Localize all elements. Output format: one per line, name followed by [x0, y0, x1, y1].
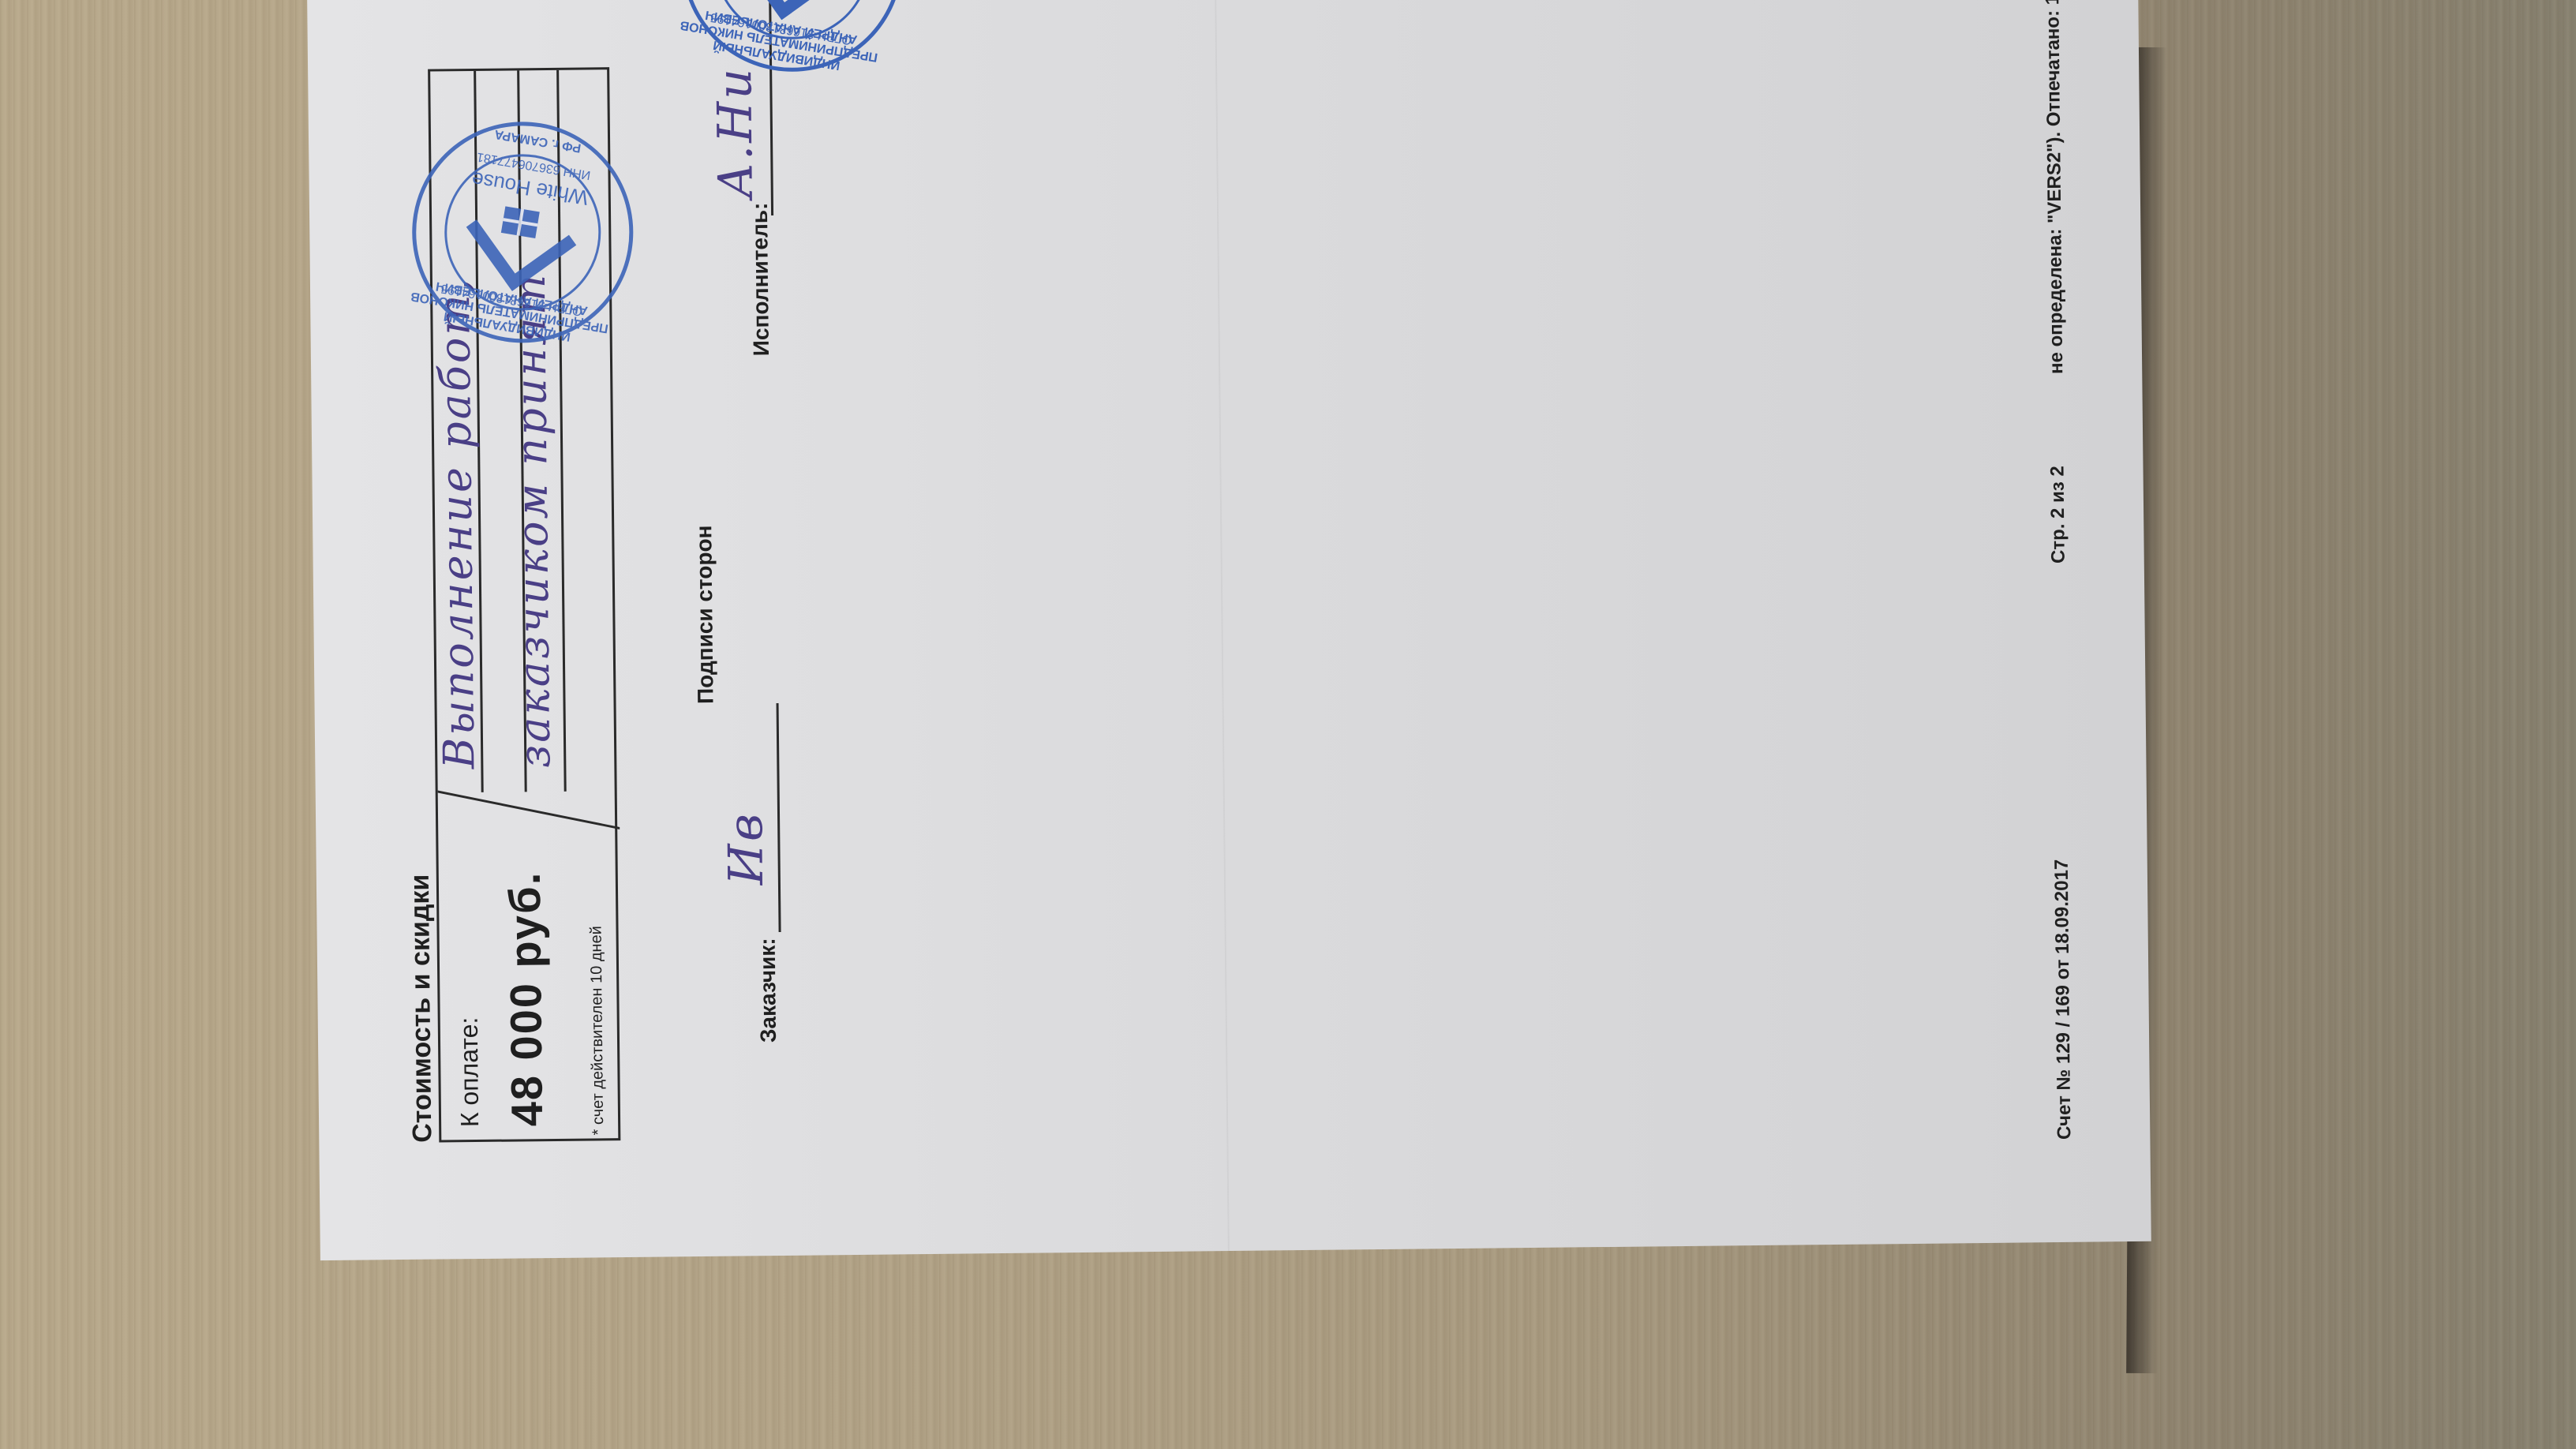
validity-note: * счет действителен 10 дней	[587, 926, 608, 1135]
footer-print-info: не определена: "VERS2"). Отпечатано: 19.…	[2041, 0, 2068, 374]
executor-signature: А.Ни	[707, 66, 764, 199]
invoice-page: Стоимость и скидки К оплате: 48 000 руб.…	[306, 0, 2151, 1260]
payment-amount: 48 000 руб.	[499, 871, 552, 1126]
company-stamp: ИНДИВИДУАЛЬНЫЙ ПРЕДПРИНИМАТЕЛЬ НИКОНОВ А…	[665, 0, 919, 88]
footer-page-info: Стр. 2 из 2	[2046, 466, 2069, 563]
executor-label: Исполнитель:	[747, 202, 774, 356]
paper-fold	[1214, 0, 1230, 1251]
footer-invoice-ref: Счет № 129 / 169 от 18.09.2017	[2051, 859, 2076, 1140]
house-window-icon	[501, 206, 540, 238]
signatures-title: Подписи сторон	[691, 525, 718, 704]
section-title: Стоимость и скидки	[405, 874, 439, 1142]
box-diagonal	[438, 791, 620, 829]
handwritten-line-2: заказчиком принят	[505, 272, 560, 769]
customer-label: Заказчик:	[755, 938, 781, 1043]
handwritten-line-1: Выполнение работ,	[429, 276, 485, 769]
customer-signature-line	[777, 703, 781, 932]
payment-label: К оплате:	[455, 1017, 485, 1128]
customer-signature: Ив	[718, 811, 774, 885]
